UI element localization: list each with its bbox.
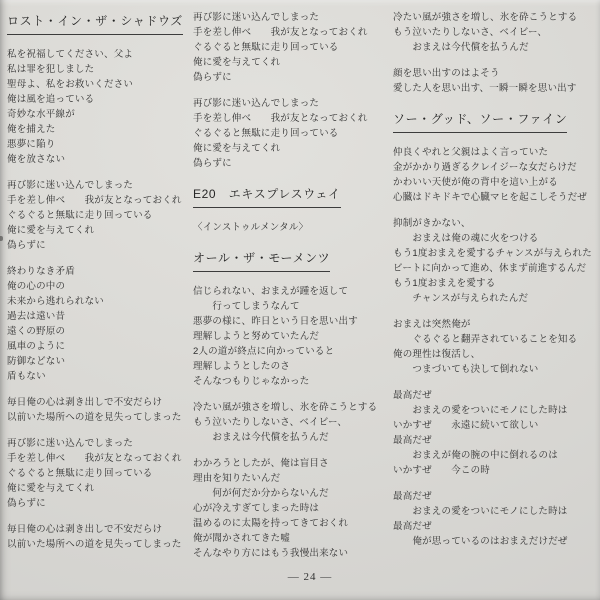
lyric-line: 最高だぜ <box>393 489 595 504</box>
lyric-line: 行ってしまうなんて <box>193 299 375 314</box>
lyric-line: 最高だぜ <box>393 519 595 534</box>
lyric-line: 以前いた場所への道を見失ってしまった <box>7 410 179 425</box>
lyric-line: 金がかかり過ぎるクレイジーな女だらけだ <box>393 160 595 175</box>
stanza: 毎日俺の心は剥き出しで不安だらけ以前いた場所への道を見失ってしまった <box>7 395 179 425</box>
lyric-line: 最高だぜ <box>393 433 595 448</box>
lyric-line: 再び影に迷い込んでしまった <box>7 178 179 193</box>
scan-blemish <box>0 236 3 241</box>
lyric-line: 顔を思い出すのはよそう <box>393 66 595 81</box>
stanza: おまえは突然俺が ぐるぐると翻弄されていることを知る俺の理性は復活し、 つまづい… <box>393 317 595 377</box>
stanza: 信じられない、おまえが踵を返して 行ってしまうなんて悪夢の様に、昨日という日を思… <box>193 284 375 389</box>
lyric-line: 理解しようと努めていたんだ <box>193 329 375 344</box>
lyric-line: わかろうとしたが、俺は盲目さ <box>193 456 375 471</box>
lyric-line: おまえの愛をついにモノにした時は <box>393 504 595 519</box>
lyric-line: 風車のように <box>7 339 179 354</box>
lyric-line: もう泣いたりしないさ、ベイビー、 <box>193 415 375 430</box>
lyric-line: 俺に愛を与えてくれ <box>193 55 375 70</box>
stanza: 再び影に迷い込んでしまった手を差し伸べ 我が友となっておくれぐるぐると無駄に走り… <box>7 178 179 253</box>
lyric-line: おまえは俺の魂に火をつける <box>393 231 595 246</box>
lyric-line: そんなつもりじゃなかった <box>193 374 375 389</box>
lyric-line: いかすぜ 今この時 <box>393 463 595 478</box>
lyric-line: 過去は遠い昔 <box>7 309 179 324</box>
lyric-line: 聖母よ、私をお救いください <box>7 77 179 92</box>
lyric-line: 理解しようとしたのさ <box>193 359 375 374</box>
lyric-line: 俺の心の中の <box>7 279 179 294</box>
lyric-line: 再び影に迷い込んでしまった <box>193 10 375 25</box>
lyric-line: 俺に愛を与えてくれ <box>7 223 179 238</box>
lyric-line: 未来から逃れられない <box>7 294 179 309</box>
stanza: 再び影に迷い込んでしまった手を差し伸べ 我が友となっておくれぐるぐると無駄に走り… <box>7 436 179 511</box>
lyric-line: 盾もない <box>7 369 179 384</box>
lyric-line: 俺を捕えた <box>7 122 179 137</box>
stanza: 〈インストゥルメンタル〉 <box>193 220 375 235</box>
stanza: 最高だぜ おまえの愛をついにモノにした時は最高だぜ 俺が思っているのはおまえだけ… <box>393 489 595 549</box>
lyric-line: そんなやり方にはもう我慢出来ない <box>193 546 375 561</box>
lyric-line: 2人の道が終点に向かっていると <box>193 344 375 359</box>
song-title: ソー・グッド、ソー・ファイン <box>393 110 567 133</box>
lyric-line: 偽らずに <box>7 238 179 253</box>
stanza: 抑制がきかない、 おまえは俺の魂に火をつけるもう1度おまえを愛するチャンスが与え… <box>393 216 595 306</box>
lyric-line: 俺に愛を与えてくれ <box>7 481 179 496</box>
lyric-line: 俺を放さない <box>7 152 179 167</box>
lyric-line: 手を差し伸べ 我が友となっておくれ <box>193 25 375 40</box>
stanza: 冷たい風が強さを増し、氷を砕こうとするもう泣いたりしないさ、ベイビー、 おまえは… <box>393 10 595 55</box>
lyric-line: 偽らずに <box>7 496 179 511</box>
lyric-line: ぐるぐると無駄に走り回っている <box>7 466 179 481</box>
lyric-line: 理由を知りたいんだ <box>193 471 375 486</box>
lyric-line: ビートに向かって進め、休まず前進するんだ <box>393 261 595 276</box>
lyric-line: 私は罪を犯しました <box>7 62 179 77</box>
lyric-line: 俺に愛を与えてくれ <box>193 141 375 156</box>
lyrics-column-center: 再び影に迷い込んでしまった手を差し伸べ 我が友となっておくれぐるぐると無駄に走り… <box>193 10 375 572</box>
lyric-line: 偽らずに <box>193 70 375 85</box>
lyric-line: 終わりなき矛盾 <box>7 264 179 279</box>
booklet-page: ロスト・イン・ザ・シャドウズ私を祝福してください、父よ私は罪を犯しました聖母よ、… <box>0 0 600 600</box>
lyric-line: おまえは突然俺が <box>393 317 595 332</box>
lyric-line: 冷たい風が強さを増し、氷を砕こうとする <box>393 10 595 25</box>
lyric-line: 何が何だか分からないんだ <box>193 486 375 501</box>
lyric-line: 手を差し伸べ 我が友となっておくれ <box>193 111 375 126</box>
lyric-line: つまづいても決して倒れない <box>393 362 595 377</box>
lyrics-column-left: ロスト・イン・ザ・シャドウズ私を祝福してください、父よ私は罪を犯しました聖母よ、… <box>7 10 179 563</box>
lyric-line: おまえの愛をついにモノにした時は <box>393 403 595 418</box>
stanza: 再び影に迷い込んでしまった手を差し伸べ 我が友となっておくれぐるぐると無駄に走り… <box>193 10 375 85</box>
lyric-line: 再び影に迷い込んでしまった <box>7 436 179 451</box>
stanza: わかろうとしたが、俺は盲目さ理由を知りたいんだ 何が何だか分からないんだ心が冷え… <box>193 456 375 561</box>
lyric-line: 仲良くやれと父親はよく言っていた <box>393 145 595 160</box>
lyric-line: 心臓はドキドキで心臓マヒを起こしそうだぜ <box>393 190 595 205</box>
lyric-line: 悪夢に陥り <box>7 137 179 152</box>
lyric-line: ぐるぐると無駄に走り回っている <box>193 126 375 141</box>
lyric-line: 手を差し伸べ 我が友となっておくれ <box>7 193 179 208</box>
song-title: ロスト・イン・ザ・シャドウズ <box>7 12 183 35</box>
lyric-line: 再び影に迷い込んでしまった <box>193 96 375 111</box>
lyric-line: チャンスが与えられたんだ <box>393 291 595 306</box>
lyrics-column-right: 冷たい風が強さを増し、氷を砕こうとするもう泣いたりしないさ、ベイビー、 おまえは… <box>393 10 595 560</box>
lyric-line: 信じられない、おまえが踵を返して <box>193 284 375 299</box>
lyric-line: 温めるのに太陽を持ってきておくれ <box>193 516 375 531</box>
lyric-line: 毎日俺の心は剥き出しで不安だらけ <box>7 395 179 410</box>
stanza: 顔を思い出すのはよそう愛した人を思い出す、一瞬一瞬を思い出す <box>393 66 595 96</box>
lyric-line: 俺が思っているのはおまえだけだぜ <box>393 534 595 549</box>
stanza: 毎日俺の心は剥き出しで不安だらけ以前いた場所への道を見失ってしまった <box>7 522 179 552</box>
song-title: E20 エキスプレスウェイ <box>193 185 341 208</box>
lyric-line: 毎日俺の心は剥き出しで不安だらけ <box>7 522 179 537</box>
lyric-line: 最高だぜ <box>393 388 595 403</box>
lyric-line: 俺は風を追っている <box>7 92 179 107</box>
lyric-line: 以前いた場所への道を見失ってしまった <box>7 537 179 552</box>
lyric-line: ぐるぐると翻弄されていることを知る <box>393 332 595 347</box>
lyric-line: 冷たい風が強さを増し、氷を砕こうとする <box>193 400 375 415</box>
lyric-line: 悪夢の様に、昨日という日を思い出す <box>193 314 375 329</box>
lyric-line: もう泣いたりしないさ、ベイビー、 <box>393 25 595 40</box>
stanza: 私を祝福してください、父よ私は罪を犯しました聖母よ、私をお救いください俺は風を追… <box>7 47 179 167</box>
song-title: オール・ザ・モーメンツ <box>193 249 330 272</box>
lyric-line: 俺の理性は復活し、 <box>393 347 595 362</box>
lyric-line: おまえは今代償を払うんだ <box>393 40 595 55</box>
lyric-line: ぐるぐると無駄に走り回っている <box>7 208 179 223</box>
stanza: 再び影に迷い込んでしまった手を差し伸べ 我が友となっておくれぐるぐると無駄に走り… <box>193 96 375 171</box>
lyric-line: 遠くの野原の <box>7 324 179 339</box>
lyric-line: もう1度おまえを愛するチャンスが与えられた <box>393 246 595 261</box>
stanza: 終わりなき矛盾俺の心の中の未来から逃れられない過去は遠い昔遠くの野原の風車のよう… <box>7 264 179 384</box>
lyric-line: 〈インストゥルメンタル〉 <box>193 220 375 235</box>
lyric-line: おまえが俺の腕の中に倒れるのは <box>393 448 595 463</box>
lyric-line: 防御などない <box>7 354 179 369</box>
stanza: 冷たい風が強さを増し、氷を砕こうとするもう泣いたりしないさ、ベイビー、 おまえは… <box>193 400 375 445</box>
lyric-line: 私を祝福してください、父よ <box>7 47 179 62</box>
stanza: 最高だぜ おまえの愛をついにモノにした時はいかすぜ 永遠に続いて欲しい最高だぜ … <box>393 388 595 478</box>
lyric-line: かわいい天使が俺の背中を這い上がる <box>393 175 595 190</box>
lyric-line: ぐるぐると無駄に走り回っている <box>193 40 375 55</box>
lyric-line: 偽らずに <box>193 156 375 171</box>
lyric-line: 抑制がきかない、 <box>393 216 595 231</box>
lyric-line: もう1度おまえを愛する <box>393 276 595 291</box>
lyric-line: 愛した人を思い出す、一瞬一瞬を思い出す <box>393 81 595 96</box>
lyric-line: 手を差し伸べ 我が友となっておくれ <box>7 451 179 466</box>
stanza: 仲良くやれと父親はよく言っていた金がかかり過ぎるクレイジーな女だらけだかわいい天… <box>393 145 595 205</box>
lyric-line: 心が冷えすぎてしまった時は <box>193 501 375 516</box>
lyric-line: おまえは今代償を払うんだ <box>193 430 375 445</box>
lyric-line: 奇妙な水平線が <box>7 107 179 122</box>
lyric-line: 俺が聞かされてきた嘘 <box>193 531 375 546</box>
lyric-line: いかすぜ 永遠に続いて欲しい <box>393 418 595 433</box>
page-number: — 24 — <box>0 571 600 583</box>
